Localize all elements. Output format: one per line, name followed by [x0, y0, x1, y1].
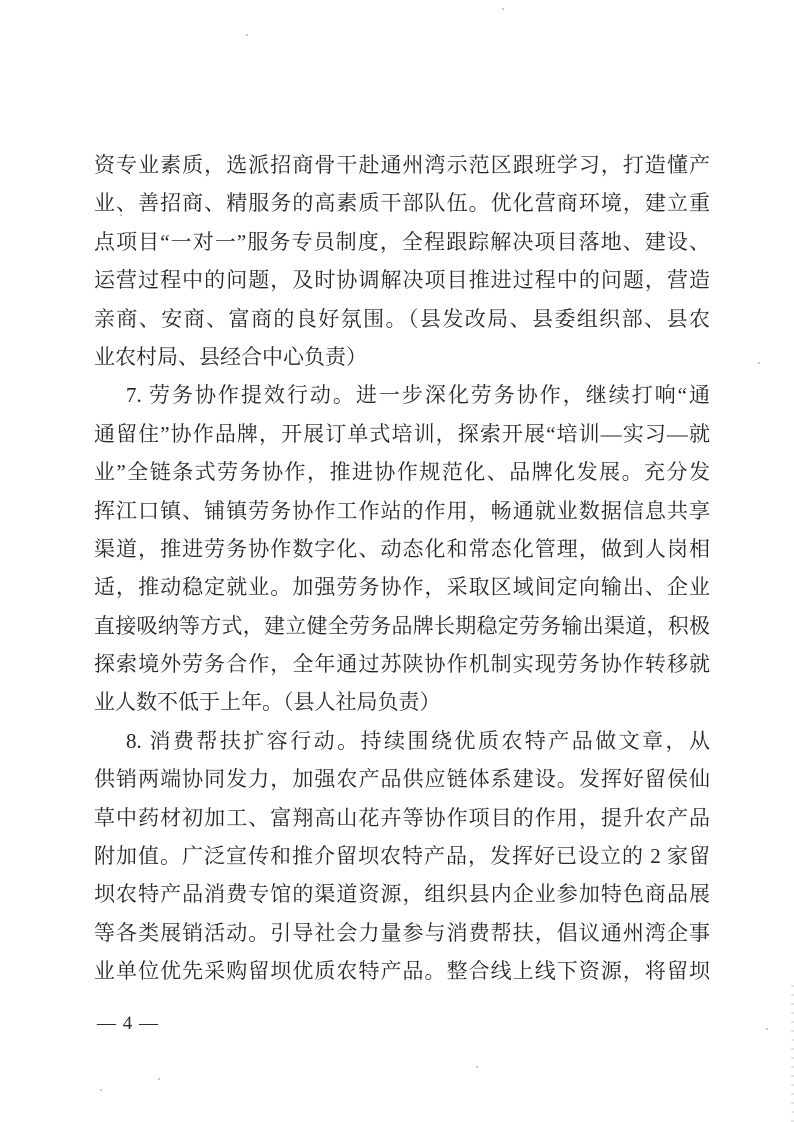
- document-body: 资专业素质，选派招商骨干赴通州湾示范区跟班学习，打造懂产 业、善招商、精服务的高…: [94, 146, 710, 991]
- scan-speck: [476, 1066, 478, 1068]
- text-line: 业农村局、县经合中心负责）: [94, 338, 710, 376]
- text-line: 点项目“一对一”服务专员制度，全程跟踪解决项目落地、建设、: [94, 223, 710, 261]
- text-line: 业、善招商、精服务的高素质干部队伍。优化营商环境，建立重: [94, 184, 710, 222]
- text-line: 业人数不低于上年。（县人社局负责）: [94, 683, 710, 721]
- scan-speck: [100, 1089, 102, 1091]
- text-line: 资专业素质，选派招商骨干赴通州湾示范区跟班学习，打造懂产: [94, 146, 710, 184]
- text-line: 亲商、安商、富商的良好氛围。（县发改局、县委组织部、县农: [94, 300, 710, 338]
- text-line: 适，推动稳定就业。加强劳务协作，采取区域间定向输出、企业: [94, 568, 710, 606]
- text-line: 供销两端协同发力，加强农产品供应链体系建设。发挥好留侯仙: [94, 760, 710, 798]
- scan-speck: [502, 8, 504, 10]
- text-line: 直接吸纳等方式，建立健全劳务品牌长期稳定劳务输出渠道，积极: [94, 607, 710, 645]
- page-number: — 4 —: [97, 1013, 159, 1035]
- scan-speck: [758, 362, 760, 364]
- paragraph-continuation: 资专业素质，选派招商骨干赴通州湾示范区跟班学习，打造懂产 业、善招商、精服务的高…: [94, 146, 710, 376]
- text-line-item-heading: 7. 劳务协作提效行动。进一步深化劳务协作，继续打响“通: [94, 376, 710, 414]
- text-line: 探索境外劳务合作，全年通过苏陕协作机制实现劳务协作转移就: [94, 645, 710, 683]
- text-line: 运营过程中的问题，及时协调解决项目推进过程中的问题，营造: [94, 261, 710, 299]
- scan-speck: [120, 214, 122, 216]
- paragraph-item-8-consumption-assistance: 8. 消费帮扶扩容行动。持续围绕优质农特产品做文章，从 供销两端协同发力，加强农…: [94, 722, 710, 991]
- text-line: 业”全链条式劳务协作，推进协作规范化、品牌化发展。充分发: [94, 453, 710, 491]
- text-line: 挥江口镇、铺镇劳务协作工作站的作用，畅通就业数据信息共享: [94, 492, 710, 530]
- paragraph-item-7-labor-cooperation: 7. 劳务协作提效行动。进一步深化劳务协作，继续打响“通 通留住”协作品牌，开展…: [94, 376, 710, 722]
- text-line: 附加值。广泛宣传和推介留坝农特产品，发挥好已设立的 2 家留: [94, 837, 710, 875]
- text-line: 等各类展销活动。引导社会力量参与消费帮扶，倡议通州湾企事: [94, 914, 710, 952]
- text-line: 通留住”协作品牌，开展订单式培训，探索开展“培训—实习—就: [94, 415, 710, 453]
- text-line: 业单位优先采购留坝优质农特产品。整合线上线下资源，将留坝: [94, 952, 710, 990]
- text-line: 坝农特产品消费专馆的渠道资源，组织县内企业参加特色商品展: [94, 875, 710, 913]
- scan-speck: [766, 1028, 768, 1030]
- text-line: 草中药材初加工、富翔高山花卉等协作项目的作用，提升农产品: [94, 799, 710, 837]
- text-line: 渠道，推进劳务协作数字化、动态化和常态化管理，做到人岗相: [94, 530, 710, 568]
- text-line-item-heading: 8. 消费帮扶扩容行动。持续围绕优质农特产品做文章，从: [94, 722, 710, 760]
- document-page: 资专业素质，选派招商骨干赴通州湾示范区跟班学习，打造懂产 业、善招商、精服务的高…: [0, 0, 794, 1122]
- scan-speck: [246, 34, 248, 36]
- scan-speck: [158, 1078, 160, 1080]
